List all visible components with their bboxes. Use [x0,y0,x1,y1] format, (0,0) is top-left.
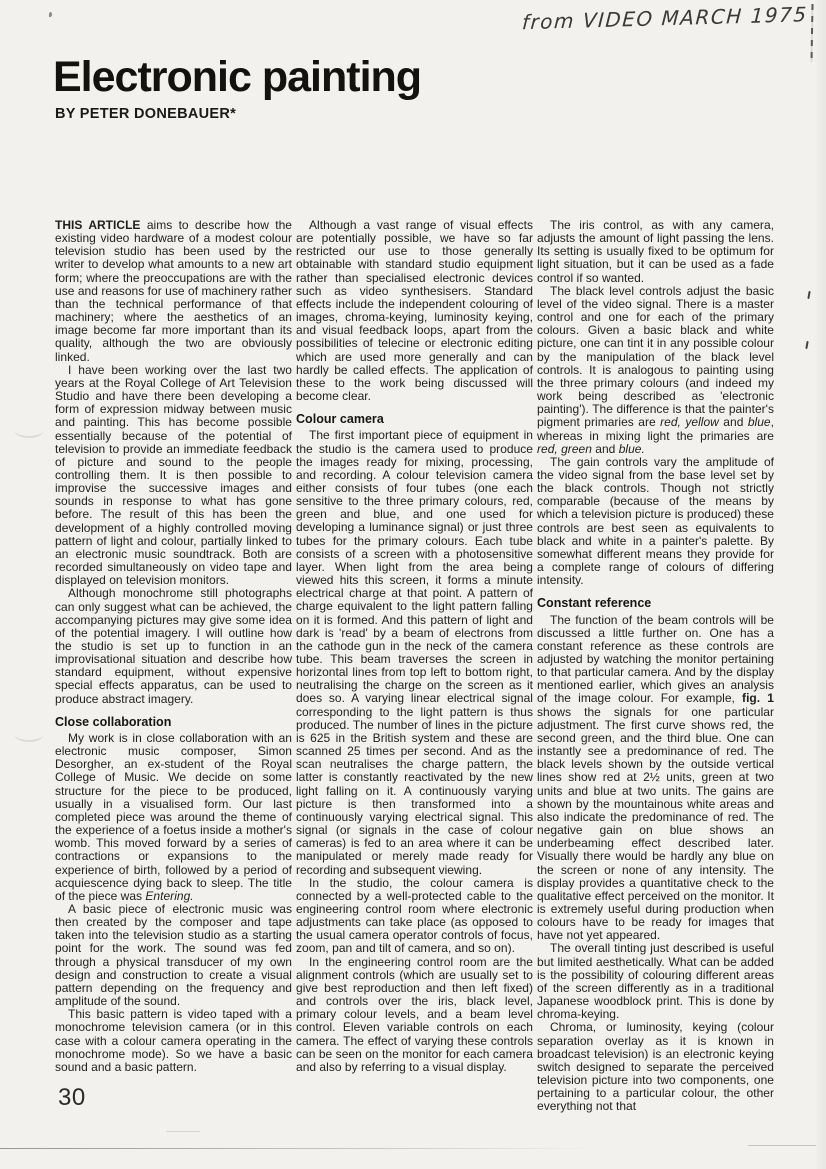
col1-paragraph-1: THIS ARTICLE aims to describe how the ex… [55,219,292,364]
col1-paragraph-3: Although monochrome still photographs ca… [55,587,292,705]
scan-edge-line [0,1148,600,1149]
col3-paragraph-2: The black level controls adjust the basi… [537,285,774,456]
text-column-3: The iris control, as with any camera, ad… [537,219,774,1113]
paper-crease [14,726,44,742]
col3-paragraph-4: The function of the beam controls will b… [537,614,774,943]
section-heading-colour-camera: Colour camera [296,413,533,426]
col3-paragraph-5: The overall tinting just described is us… [537,942,774,1021]
article-title: Electronic painting [53,53,421,102]
col2-paragraph-4: In the engineering control room are the … [296,956,533,1074]
col1-paragraph-4: My work is in close collaboration with a… [55,732,292,903]
col1-paragraph-2: I have been working over the last two ye… [55,364,292,588]
handwritten-annotation: from VIDEO MARCH 1975 [521,2,822,34]
col2-paragraph-2: The first important piece of equipment i… [296,429,533,876]
col3-paragraph-3: The gain controls vary the amplitude of … [537,456,774,588]
section-heading-constant-reference: Constant reference [537,597,774,610]
col3-paragraph-1: The iris control, as with any camera, ad… [537,219,774,285]
col2-paragraph-1: Although a vast range of visual effects … [296,219,533,403]
margin-mark [807,291,810,299]
col1-paragraph-5: A basic piece of electronic music was th… [55,903,292,1008]
text-column-2: Although a vast range of visual effects … [296,219,533,1074]
margin-mark [805,341,808,349]
scan-edge-line [748,1145,816,1146]
scan-speck [49,12,52,17]
scanned-article-page: from VIDEO MARCH 1975 Electronic paintin… [0,0,826,1169]
article-byline: BY PETER DONEBAUER* [55,106,236,122]
scan-edge-line [166,1131,200,1132]
col1-paragraph-6: This basic pattern is video taped with a… [55,1008,292,1074]
col3-paragraph-6: Chroma, or luminosity, keying (colour se… [537,1021,774,1113]
paper-crease [14,422,44,438]
pen-stroke-mark [810,4,813,62]
text-column-1: THIS ARTICLE aims to describe how the ex… [55,219,292,1074]
section-heading-close-collaboration: Close collaboration [55,716,292,729]
page-number: 30 [58,1084,86,1112]
col2-paragraph-3: In the studio, the colour camera is conn… [296,877,533,956]
